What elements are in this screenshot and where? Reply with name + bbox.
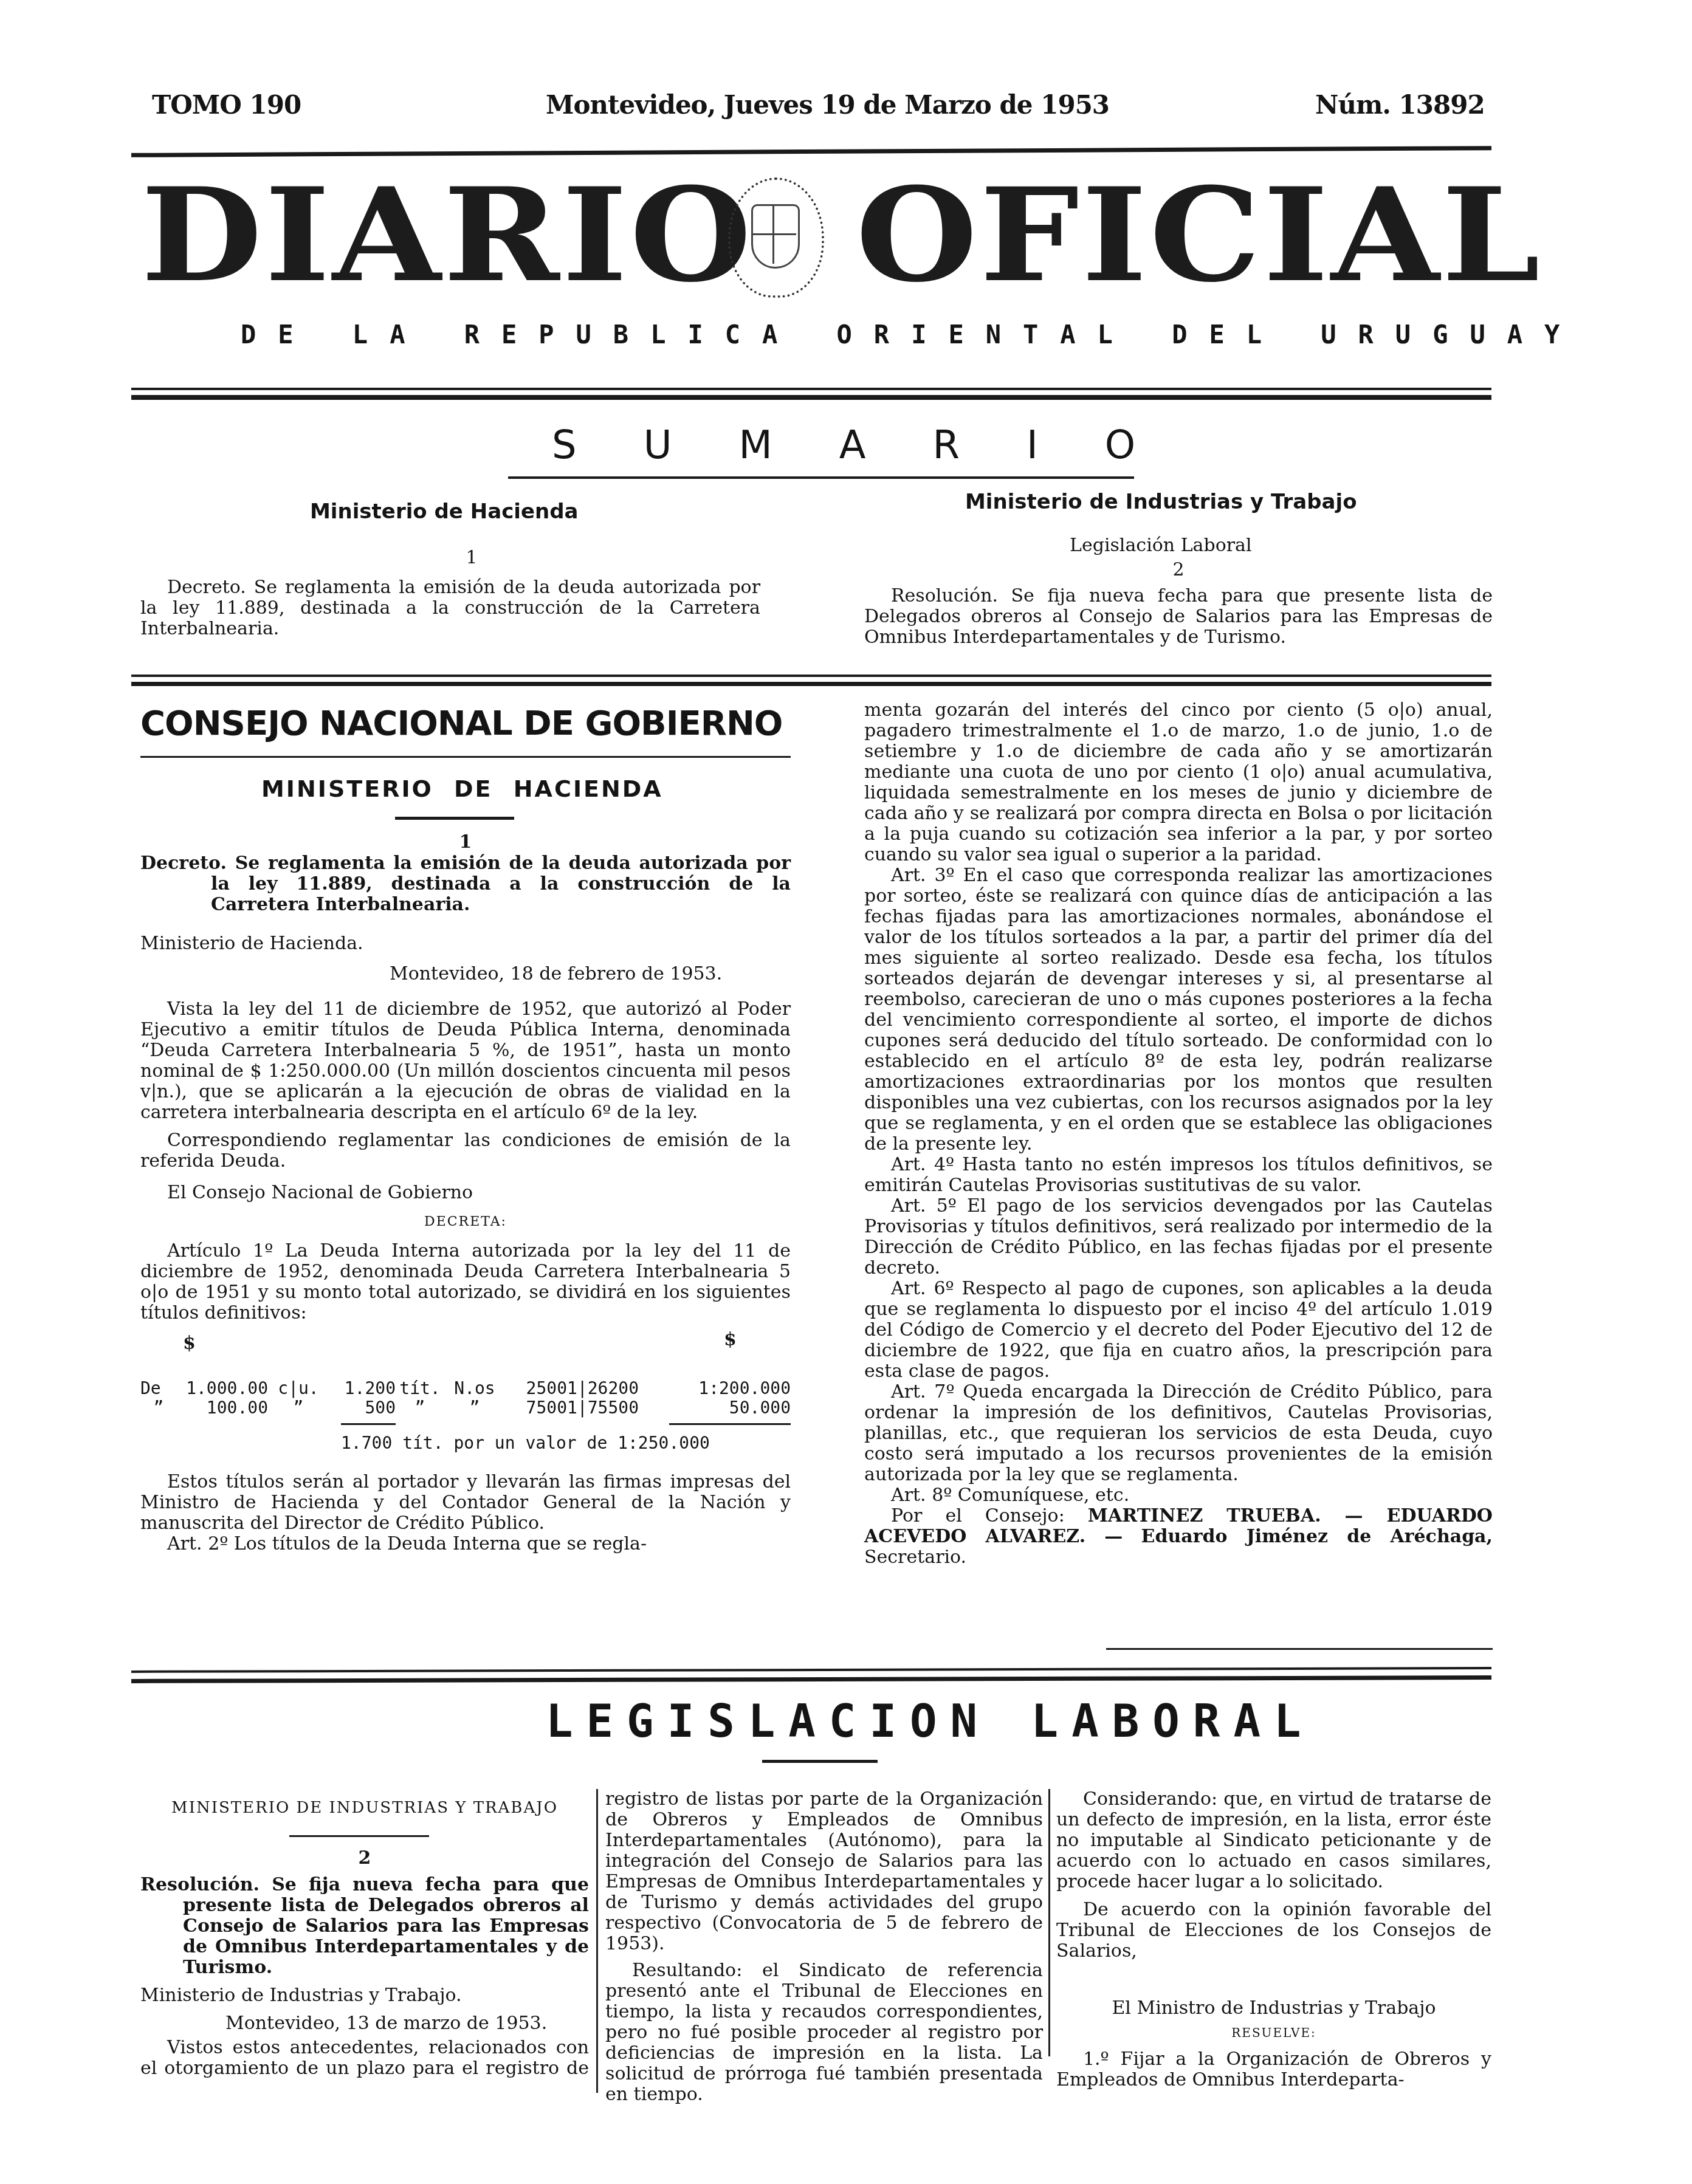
consejo-heading: CONSEJO NACIONAL DE GOBIERNO — [140, 704, 782, 743]
signature-secretary: Eduardo Jiménez de Aréchaga, — [1141, 1526, 1493, 1547]
decree-right-column: menta gozarán del interés del cinco por … — [864, 700, 1493, 1568]
decree-estos: Estos títulos serán al portador y llevar… — [140, 1472, 791, 1534]
decree-place-date: Montevideo, 18 de febrero de 1953. — [140, 964, 791, 984]
currency-left: $ — [183, 1333, 196, 1354]
resolution-resuelve: RESUELVE: — [1056, 2022, 1491, 2043]
sumario-right-number: 2 — [864, 559, 1493, 580]
currency-right: $ — [724, 1330, 737, 1350]
sumario-left-text: Decreto. Se reglamenta la emisión de la … — [140, 577, 760, 639]
legislacion-col-1: MINISTERIO DE INDUSTRIAS Y TRABAJO 2 Res… — [140, 1798, 589, 2079]
decree-art-2-start: Art. 2º Los títulos de la Deuda Interna … — [140, 1534, 791, 1554]
table-row: ” 100.00 ” 500 ” ” 75001|75500 50.000 — [140, 1398, 791, 1418]
column-divider-1 — [596, 1789, 598, 2093]
ministry-heading: MINISTERIO DE HACIENDA — [261, 775, 663, 802]
resolution-place-date: Montevideo, 13 de marzo de 1953. — [140, 2013, 589, 2034]
legislacion-heading: LEGISLACION LABORAL — [546, 1695, 1314, 1748]
title-oficial: OFICIAL — [856, 171, 1542, 300]
sumario-left-number: 1 — [140, 547, 803, 568]
ministry-underline — [395, 817, 514, 820]
row-tit: ” — [396, 1398, 444, 1418]
resolution-considerando: Considerando: que, en virtud de tratarse… — [1056, 1789, 1491, 1892]
resolution-de-acuerdo: De acuerdo con la opinión favorable del … — [1056, 1900, 1491, 1962]
decree-vista: Vista la ley del 11 de diciembre de 1952… — [140, 999, 791, 1123]
legislacion-ministry: MINISTERIO DE INDUSTRIAS Y TRABAJO — [140, 1798, 589, 1818]
row-count: 500 — [329, 1398, 396, 1418]
legislacion-top-rule-1 — [131, 1667, 1491, 1673]
decree-left-column: Decreto. Se reglamenta la emisión de la … — [140, 853, 791, 1554]
row-tit: tít. — [396, 1378, 444, 1399]
row-unit: c|u. — [268, 1378, 329, 1399]
decree-title-text: Se reglamenta la emisión de la deuda aut… — [211, 853, 791, 915]
consejo-underline — [140, 756, 791, 758]
tomo-label: TOMO 190 — [152, 90, 301, 120]
decree-art-7: Art. 7º Queda encargada la Dirección de … — [864, 1382, 1493, 1485]
resolution-ministro-line: El Ministro de Industrias y Trabajo — [1056, 1998, 1491, 2019]
resolution-vistos-cont: registro de listas por parte de la Organ… — [605, 1789, 1043, 1954]
sumario-bottom-rule-2 — [131, 682, 1491, 686]
issue-number: Núm. 13892 — [1315, 90, 1485, 120]
decree-signatures: Por el Consejo: MARTINEZ TRUEBA. — EDUAR… — [864, 1506, 1493, 1568]
row-nos: ” — [444, 1398, 505, 1418]
decree-decreta: DECRETA: — [140, 1212, 791, 1232]
resolution-origin: Ministerio de Industrias y Trabajo. — [140, 1985, 589, 2006]
row-total: 50.000 — [639, 1398, 791, 1418]
sumario-left-ministry: Ministerio de Hacienda — [310, 500, 579, 524]
signature-lead: Por el Consejo: — [891, 1505, 1065, 1526]
row-unit: ” — [268, 1398, 329, 1418]
decree-art-8: Art. 8º Comuníquese, etc. — [864, 1485, 1493, 1506]
decree-art-2-cont: menta gozarán del interés del cinco por … — [864, 700, 1493, 865]
table-subtotal-rule-left — [341, 1423, 396, 1425]
column-divider-2 — [1048, 1789, 1050, 2056]
decree-consejo-line: El Consejo Nacional de Gobierno — [140, 1183, 791, 1203]
decree-title-lead: Decreto. — [140, 853, 227, 874]
legislacion-underline — [762, 1760, 878, 1763]
signature-role: Secretario. — [864, 1547, 966, 1568]
row-range: 75001|75500 — [505, 1398, 639, 1418]
decree-correspondiendo: Correspondiendo reglamentar las condicio… — [140, 1130, 791, 1172]
row-total: 1:200.000 — [639, 1378, 791, 1399]
row-prefix: De — [140, 1378, 177, 1399]
row-value: 100.00 — [177, 1398, 268, 1418]
table-row: De 1.000.00 c|u. 1.200 tít. N.os 25001|2… — [140, 1378, 791, 1399]
table-subtotal-rule-right — [669, 1423, 791, 1425]
legislacion-col-3: Considerando: que, en virtud de tratarse… — [1056, 1789, 1491, 2090]
resolution-resultando: Resultando: el Sindicato de referencia p… — [605, 1960, 1043, 2105]
coat-of-arms-icon — [728, 177, 824, 298]
decree-origin: Ministerio de Hacienda. — [140, 933, 791, 954]
row-range: 25001|26200 — [505, 1378, 639, 1399]
legislacion-col-2: registro de listas por parte de la Organ… — [605, 1789, 1043, 2105]
masthead-top-rule — [131, 146, 1491, 157]
resolution-title-lead: Resolución. — [140, 1874, 260, 1895]
sumario-right-ministry: Ministerio de Industrias y Trabajo — [965, 490, 1357, 514]
sumario-right-summary[interactable]: Resolución. Se fija nueva fecha para que… — [864, 586, 1493, 648]
resolution-number: 2 — [140, 1848, 589, 1869]
sumario-left-summary[interactable]: Decreto. Se reglamenta la emisión de la … — [140, 577, 760, 639]
titles-table: $ $ De 1.000.00 c|u. 1.200 tít. N.os 250… — [140, 1333, 791, 1466]
decree-number: 1 — [140, 831, 791, 853]
decree-title[interactable]: Decreto. Se reglamenta la emisión de la … — [140, 853, 791, 915]
legislacion-top-rule-2 — [131, 1675, 1491, 1683]
resolution-vistos: Vistos estos antecedentes, relacionados … — [140, 2038, 589, 2079]
row-prefix: ” — [140, 1398, 177, 1418]
decree-art-6: Art. 6º Respecto al pago de cupones, son… — [864, 1279, 1493, 1382]
title-diario: DIARIO — [141, 171, 754, 300]
masthead-rule-2 — [131, 395, 1491, 400]
row-count: 1.200 — [329, 1378, 396, 1399]
legislacion-ministry-underline — [289, 1835, 429, 1837]
signature-rule — [1106, 1648, 1493, 1650]
decree-art-4: Art. 4º Hasta tanto no estén impresos lo… — [864, 1155, 1493, 1196]
decree-art-1: Artículo 1º La Deuda Interna autorizada … — [140, 1241, 791, 1324]
decree-art-5: Art. 5º El pago de los servicios devenga… — [864, 1196, 1493, 1279]
issue-date: Montevideo, Jueves 19 de Marzo de 1953 — [546, 90, 1109, 120]
table-summary: 1.700 tít. por un valor de 1:250.000 — [341, 1433, 710, 1454]
sumario-right-text: Resolución. Se fija nueva fecha para que… — [864, 586, 1493, 648]
row-nos: N.os — [444, 1378, 505, 1399]
resolution-punto-1: 1.º Fijar a la Organización de Obreros y… — [1056, 2049, 1491, 2090]
row-value: 1.000.00 — [177, 1378, 268, 1399]
resolution-title[interactable]: Resolución. Se fija nueva fecha para que… — [140, 1875, 589, 1978]
sumario-right-section: Legislación Laboral — [1070, 535, 1252, 556]
sumario-bottom-rule-1 — [131, 675, 1491, 677]
decree-art-3: Art. 3º En el caso que corresponda reali… — [864, 865, 1493, 1155]
sumario-underline — [508, 476, 1134, 479]
masthead-subtitle: DE LA REPUBLICA ORIENTAL DEL URUGUAY — [241, 320, 1581, 349]
masthead-rule-1 — [131, 388, 1491, 390]
sumario-heading: SUMARIO — [552, 423, 1202, 468]
